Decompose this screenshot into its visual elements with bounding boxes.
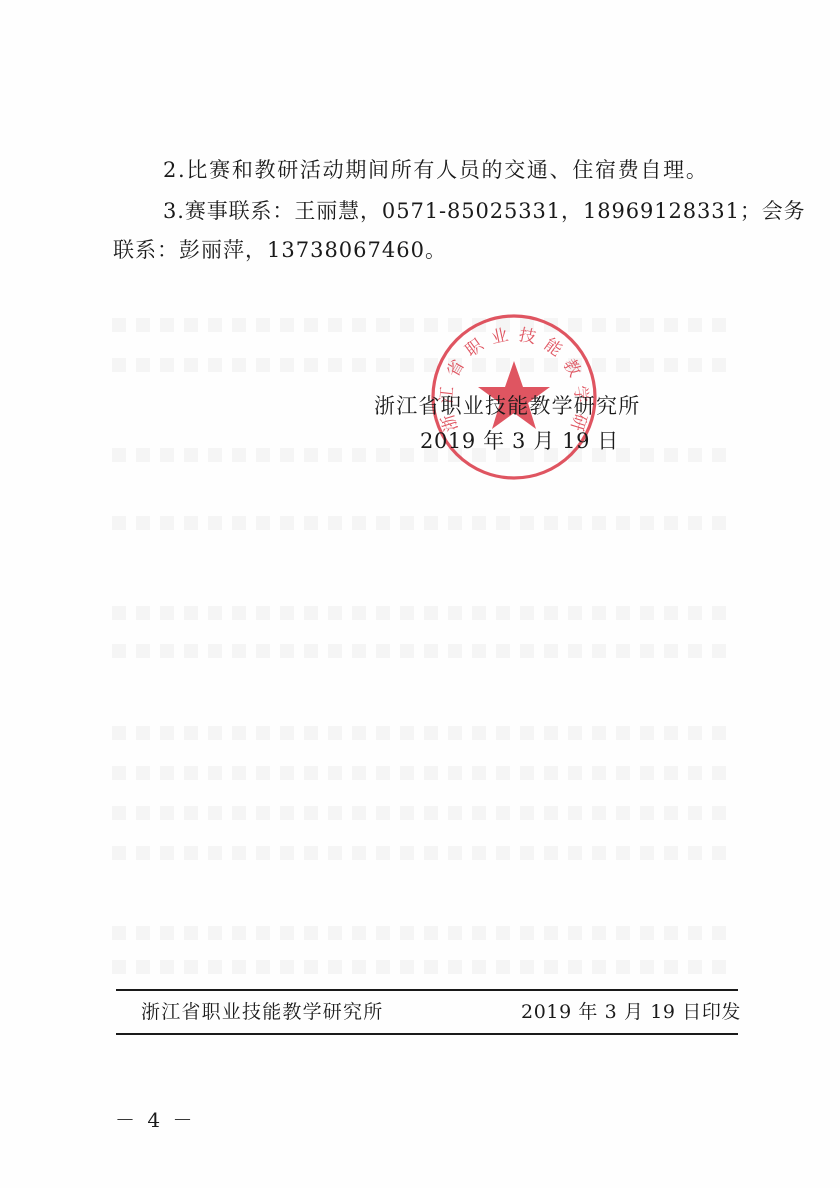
bleed-through-mark: [112, 726, 732, 740]
footer-bottom-rule: [116, 1033, 738, 1035]
bleed-through-mark: [112, 318, 732, 332]
page-number: － 4 －: [115, 1106, 195, 1134]
bleed-through-mark: [112, 516, 732, 530]
bleed-through-mark: [112, 846, 732, 860]
signature-organization: 浙江省职业技能教学研究所: [374, 392, 640, 420]
bleed-through-mark: [112, 806, 732, 820]
bleed-through-mark: [112, 926, 732, 940]
bleed-through-mark: [112, 644, 732, 658]
bleed-through-mark: [112, 766, 732, 780]
footer-issue-date: 2019 年 3 月 19 日印发: [521, 998, 741, 1026]
signature-date: 2019 年 3 月 19 日: [420, 427, 619, 455]
footer-issuer: 浙江省职业技能教学研究所: [141, 998, 383, 1026]
body-paragraph-item-3: 3.赛事联系：王丽慧，0571-85025331，18969128331；会务: [163, 197, 806, 225]
bleed-through-mark: [112, 358, 732, 372]
body-paragraph-item-3-continuation: 联系：彭丽萍，13738067460。: [113, 236, 447, 264]
bleed-through-mark: [112, 606, 732, 620]
footer-top-rule: [116, 989, 738, 991]
body-paragraph-item-2: 2.比赛和教研活动期间所有人员的交通、住宿费自理。: [163, 156, 709, 184]
document-page: 2.比赛和教研活动期间所有人员的交通、住宿费自理。 3.赛事联系：王丽慧，057…: [0, 0, 840, 1188]
bleed-through-mark: [112, 960, 732, 974]
